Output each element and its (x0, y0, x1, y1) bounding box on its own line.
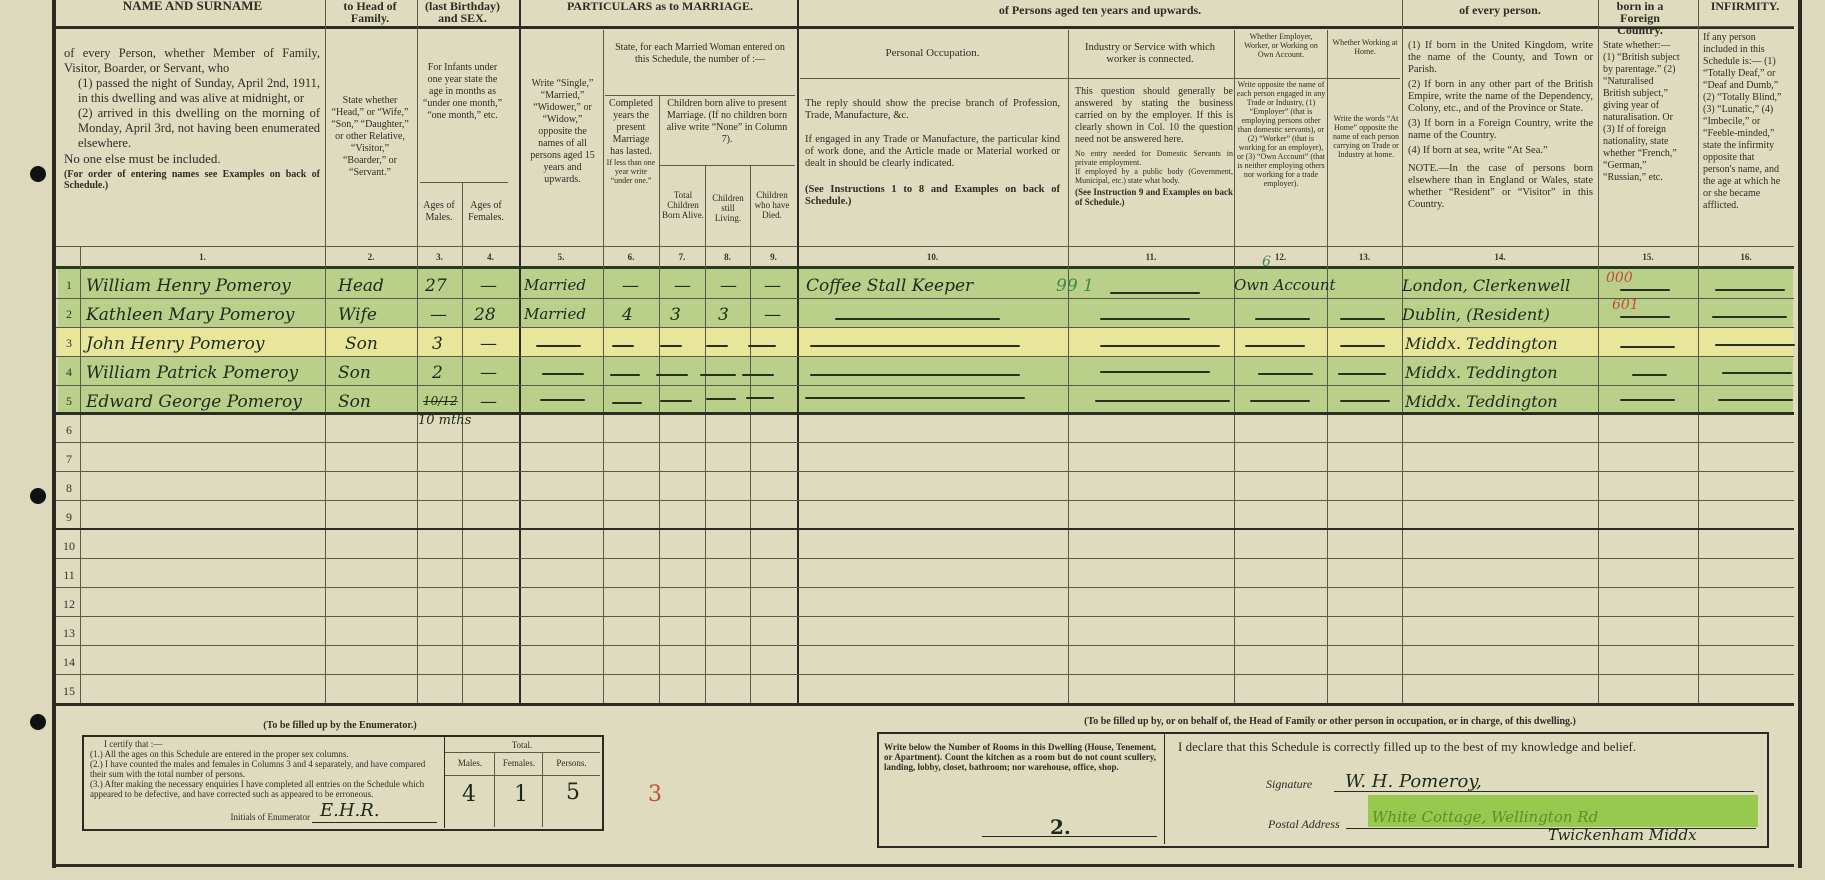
head-of-family-heading: (To be filled up by, or on behalf of, th… (880, 716, 1780, 728)
col11-text-b: No entry needed for Domestic Servants in… (1075, 149, 1233, 167)
col16-instructions: If any person included in this Schedule … (1703, 32, 1789, 212)
col11-text-a: This question should generally be answer… (1075, 86, 1233, 146)
marital-status: Married (524, 276, 586, 294)
col3-label: Ages of Males. (418, 200, 460, 224)
col7-9-instructions: Children born alive to present Marriage.… (662, 98, 792, 146)
heading-age: (last Birthday) and SEX. (420, 0, 505, 24)
col6-note: If less than one year write “under one.” (605, 158, 657, 185)
employer-code: 6 (1262, 254, 1271, 270)
children-living: 3 (718, 305, 729, 325)
punch-hole (30, 714, 46, 730)
total-females: 1 (514, 782, 528, 807)
column-number: 6. (603, 252, 659, 262)
certify-item2: (2.) I have counted the males and female… (90, 759, 435, 779)
col1-item2: (2) arrived in this dwelling on the morn… (64, 106, 320, 151)
column-number: 12. (1234, 252, 1327, 262)
col1-instructions: of every Person, whether Member of Famil… (64, 46, 320, 191)
row-number: 15 (58, 684, 80, 699)
col10-text-a: The reply should show the precise branch… (805, 98, 1060, 122)
row-number: 7 (58, 452, 80, 467)
nationality-code: 000 (1606, 270, 1633, 286)
marital-status: Married (524, 305, 586, 323)
column-number: 3. (417, 252, 462, 262)
column-number: 4. (462, 252, 519, 262)
col6-label: Completed years the present Marriage has… (605, 98, 657, 185)
col1-item1: (1) passed the night of Sunday, April 2n… (64, 76, 320, 106)
col10-text-b: If engaged in any Trade or Manufacture, … (805, 134, 1060, 170)
nationality-code: 601 (1612, 297, 1639, 313)
children-died: — (764, 276, 781, 296)
heading-name-surname: NAME AND SURNAME (60, 0, 325, 12)
col11-instructions: This question should generally be answer… (1075, 86, 1233, 207)
children-died: — (764, 305, 781, 325)
col1-note: No one else must be included. (64, 151, 320, 166)
punch-hole (30, 488, 46, 504)
column-number: 11. (1068, 252, 1234, 262)
col14-item2: (2) If born in any other part of the Bri… (1408, 79, 1593, 115)
column-number: 10. (797, 252, 1068, 262)
certify-label: I certify that :— (90, 739, 435, 749)
address-line2: Twickenham Middx (1548, 826, 1697, 844)
employment-status: Own Account (1234, 276, 1336, 294)
row-number: 4 (58, 365, 80, 380)
col11-heading: Industry or Service with which worker is… (1070, 42, 1230, 66)
occupation: Coffee Stall Keeper (806, 276, 973, 296)
col5-instructions: Write “Single,” “Married,” “Widower,” or… (525, 78, 600, 186)
room-count: 2. (1050, 815, 1071, 839)
col11-text-c: If employed by a public body (Government… (1075, 167, 1233, 185)
col14-item4: (4) If born at sea, write “At Sea.” (1408, 145, 1593, 157)
col10-instructions: The reply should show the precise branch… (805, 98, 1060, 208)
relation-to-head: Head (338, 276, 384, 296)
enumerator-initials: E.H.R. (320, 800, 380, 821)
females-label: Females. (495, 758, 543, 768)
age-female: — (480, 276, 497, 296)
person-name: Kathleen Mary Pomeroy (86, 305, 294, 325)
column-number: 5. (519, 252, 603, 262)
row-number: 12 (58, 597, 80, 612)
col12-heading: Whether Employer, Worker, or Working on … (1236, 32, 1326, 59)
col10-heading: Personal Occupation. (800, 47, 1065, 59)
years-married: — (622, 276, 639, 296)
signature: W. H. Pomeroy, (1345, 771, 1482, 792)
initials-label: Initials of Enumerator (190, 812, 310, 822)
birthplace: Middx. Teddington (1405, 392, 1558, 411)
enumerator-certification: I certify that :— (1.) All the ages on t… (90, 739, 435, 799)
col14-item1: (1) If born in the United Kingdom, write… (1408, 40, 1593, 76)
birthplace: Middx. Teddington (1405, 363, 1558, 382)
row-number: 2 (58, 307, 80, 322)
row-number: 8 (58, 481, 80, 496)
col3-4-instructions: For Infants under one year state the age… (420, 62, 505, 122)
column-number: 9. (750, 252, 797, 262)
age-female: — (480, 334, 497, 354)
age-male: 2 (432, 363, 443, 383)
relation-to-head: Wife (338, 305, 377, 325)
col11-text-d: (See Instruction 9 and Examples on back … (1075, 187, 1233, 207)
row-number: 5 (58, 394, 80, 409)
children-born: 3 (670, 305, 681, 325)
heading-relation: to Head of Family. (330, 0, 410, 24)
heading-infirmity: INFIRMITY. (1700, 0, 1790, 12)
birthplace: London, Clerkenwell (1402, 276, 1570, 295)
red-mark: 3 (648, 782, 662, 807)
age-female: 28 (474, 305, 496, 325)
address-label: Postal Address (1268, 818, 1348, 830)
column-number: 7. (659, 252, 705, 262)
col8-label: Children still Living. (708, 193, 748, 223)
certify-item3: (3.) After making the necessary enquirie… (90, 779, 435, 799)
col4-label: Ages of Females. (464, 200, 508, 224)
col10-text-c: (See Instructions 1 to 8 and Examples on… (805, 184, 1060, 208)
row-number: 9 (58, 510, 80, 525)
column-number: 15. (1598, 252, 1698, 262)
col13-instructions: Write the words “At Home” opposite the n… (1332, 114, 1400, 159)
relation-to-head: Son (345, 334, 378, 354)
heading-marriage: PARTICULARS as to MARRIAGE. (525, 0, 795, 12)
row-number: 6 (58, 423, 80, 438)
column-number: 2. (325, 252, 417, 262)
row-number: 3 (58, 336, 80, 351)
person-name: William Henry Pomeroy (86, 276, 291, 296)
column-number: 1. (80, 252, 325, 262)
row-number: 10 (58, 539, 80, 554)
person-name: John Henry Pomeroy (86, 334, 264, 354)
industry-code: 99 1 (1056, 276, 1094, 296)
total-label: Total. (444, 740, 600, 750)
birthplace: Middx. Teddington (1405, 334, 1558, 353)
col14-note: NOTE.—In the case of persons born elsewh… (1408, 163, 1593, 211)
person-name: Edward George Pomeroy (86, 392, 302, 412)
heading-profession: of Persons aged ten years and upwards. (800, 4, 1400, 16)
col13-heading: Whether Working at Home. (1330, 38, 1400, 56)
col2-instructions: State whether “Head,” or “Wife,” “Son,” … (330, 95, 410, 179)
children-born: — (674, 276, 691, 296)
age-female: — (480, 392, 497, 412)
total-persons: 5 (566, 780, 580, 805)
col14-instructions: (1) If born in the United Kingdom, write… (1408, 40, 1593, 211)
rooms-instructions: Write below the Number of Rooms in this … (884, 742, 1156, 772)
age-male: 27 (425, 276, 447, 296)
col12-instructions: Write opposite the name of each person e… (1236, 80, 1326, 188)
col6-9-instructions: State, for each Married Woman entered on… (610, 42, 790, 66)
col1-intro: of every Person, whether Member of Famil… (64, 46, 320, 76)
column-number: 14. (1402, 252, 1598, 262)
signature-label: Signature (1266, 778, 1346, 790)
years-married: 4 (622, 305, 633, 325)
row-number: 11 (58, 568, 80, 583)
heading-nationality: born in a Foreign Country. (1600, 0, 1680, 36)
children-living: — (720, 276, 737, 296)
column-number: 8. (705, 252, 750, 262)
address-line1: White Cottage, Wellington Rd (1372, 808, 1598, 826)
heading-birthplace: of every person. (1405, 4, 1595, 16)
person-name: William Patrick Pomeroy (86, 363, 298, 383)
relation-to-head: Son (338, 392, 371, 412)
certify-item1: (1.) All the ages on this Schedule are e… (90, 749, 435, 759)
relation-to-head: Son (338, 363, 371, 383)
col14-item3: (3) If born in a Foreign Country, write … (1408, 118, 1593, 142)
row-number: 14 (58, 655, 80, 670)
row-number: 1 (58, 278, 80, 293)
col15-instructions: State whether:— (1) “British subject by … (1603, 40, 1683, 184)
age-male: — (430, 305, 447, 325)
col7-label: Total Children Born Alive. (662, 190, 704, 220)
age-male: 3 (432, 334, 443, 354)
column-number: 13. (1327, 252, 1402, 262)
age-months-note: 10 mths (418, 413, 471, 428)
age-female: — (480, 363, 497, 383)
column-number: 16. (1698, 252, 1794, 262)
age-male: 10/12 (423, 394, 458, 408)
enumerator-heading: (To be filled up by the Enumerator.) (80, 720, 600, 732)
col1-order: (For order of entering names see Example… (64, 169, 320, 191)
punch-hole (30, 166, 46, 182)
declaration-text: I declare that this Schedule is correctl… (1178, 741, 1768, 753)
col6-text: Completed years the present Marriage has… (605, 98, 657, 158)
total-males: 4 (462, 782, 476, 807)
birthplace: Dublin, (Resident) (1402, 305, 1550, 324)
males-label: Males. (445, 758, 495, 768)
persons-label: Persons. (543, 758, 600, 768)
col9-label: Children who have Died. (752, 190, 792, 220)
row-number: 13 (58, 626, 80, 641)
